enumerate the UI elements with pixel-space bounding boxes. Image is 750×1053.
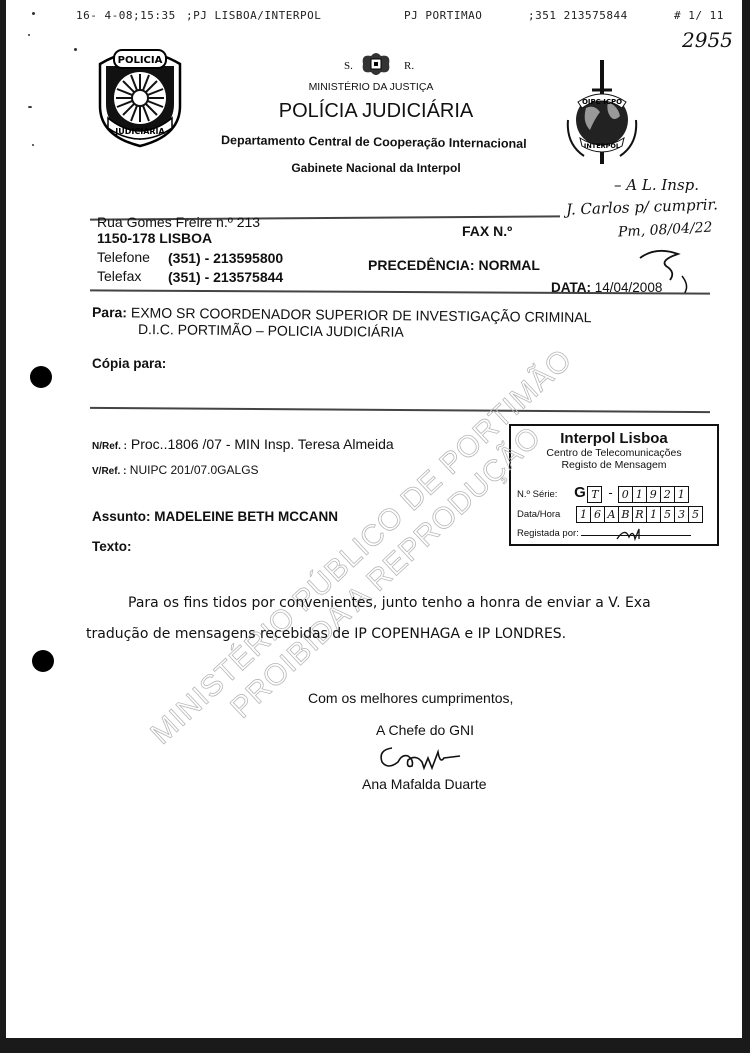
subject-field: Assunto: MADELEINE BETH MCCANN bbox=[92, 509, 338, 524]
stamp-cell: 0 bbox=[618, 486, 633, 503]
our-ref-label: N/Ref. : bbox=[92, 441, 127, 452]
divider bbox=[90, 407, 710, 413]
speckle bbox=[28, 106, 32, 108]
your-reference: V/Ref. : NUIPC 201/07.0GALGS bbox=[92, 463, 259, 477]
svg-text:OIPC ICPO: OIPC ICPO bbox=[582, 98, 622, 106]
handwritten-note-date: Pm, 08/04/22 bbox=[618, 220, 713, 241]
fax-sender: ;PJ LISBOA/INTERPOL bbox=[186, 9, 321, 22]
speckle bbox=[74, 48, 77, 51]
fax-label: Telefax bbox=[97, 268, 141, 284]
speckle bbox=[28, 34, 30, 36]
office-name: Gabinete Nacional da Interpol bbox=[276, 161, 476, 175]
stamp-cell: 2 bbox=[660, 486, 675, 503]
stamp-cell: 1 bbox=[632, 486, 647, 503]
your-ref-value: NUIPC 201/07.0GALGS bbox=[130, 463, 259, 477]
address-line2: 1150-178 LISBOA bbox=[97, 230, 212, 246]
handwritten-note-line1: – A L. Insp. bbox=[614, 176, 699, 194]
fax-no-label: FAX N.º bbox=[462, 223, 512, 239]
datetime-label: Data/Hora bbox=[517, 509, 560, 520]
subject-label: Assunto: bbox=[92, 509, 151, 524]
crest-initial-right: R. bbox=[404, 60, 414, 72]
stamp-serial-row: N.º Série: G T-01921 bbox=[517, 484, 689, 503]
stamp-datetime-row: Data/Hora 16ABR1535 bbox=[517, 506, 703, 523]
fax-number: ;351 213575844 bbox=[528, 9, 628, 22]
serial-label: N.º Série: bbox=[517, 489, 557, 500]
policia-judiciaria-logo: POLICIA JUDICIÁRIA bbox=[92, 44, 188, 153]
address-line1: Rua Gomes Freire n.º 213 bbox=[97, 214, 260, 230]
stamp-cell: 1 bbox=[674, 486, 689, 503]
subject-value: MADELEINE BETH MCCANN bbox=[154, 509, 338, 524]
closing-salutation: Com os melhores cumprimentos, bbox=[308, 690, 513, 706]
serial-separator: - bbox=[608, 485, 612, 500]
stamp-cell: R bbox=[632, 506, 647, 523]
stamp-cell: T bbox=[587, 486, 602, 503]
fax-datetime: 16- 4-08;15:35 bbox=[76, 9, 176, 22]
speckle bbox=[32, 144, 34, 146]
handwritten-note-line2: J. Carlos p/ cumprir. bbox=[566, 195, 718, 218]
svg-text:JUDICIÁRIA: JUDICIÁRIA bbox=[114, 125, 165, 136]
copy-label: Cópia para: bbox=[92, 356, 166, 371]
speckle bbox=[32, 12, 35, 15]
stamp-cell: 5 bbox=[688, 506, 703, 523]
stamp-cell: 1 bbox=[576, 506, 591, 523]
portuguese-coat-of-arms-icon bbox=[359, 50, 393, 83]
fax-page-counter: # 1/ 11 bbox=[674, 9, 724, 22]
stamp-cell: 9 bbox=[646, 486, 661, 503]
stamp-line2: Registo de Mensagem bbox=[511, 459, 717, 471]
fax-page: 16- 4-08;15:35 ;PJ LISBOA/INTERPOL PJ PO… bbox=[6, 0, 742, 1038]
signatory-name: Ana Mafalda Duarte bbox=[362, 776, 487, 792]
svg-text:POLICIA: POLICIA bbox=[118, 55, 163, 66]
datetime-cells: 16ABR1535 bbox=[577, 509, 703, 520]
fax-value: (351) - 213575844 bbox=[168, 269, 283, 285]
fax-recipient: PJ PORTIMAO bbox=[404, 9, 482, 22]
signatory-title: A Chefe do GNI bbox=[376, 722, 474, 738]
serial-prefix: G bbox=[574, 484, 586, 501]
phone-label: Telefone bbox=[97, 249, 150, 265]
stamp-cell: B bbox=[618, 506, 633, 523]
registered-signature-line bbox=[581, 535, 691, 536]
handwritten-page-number: 2955 bbox=[682, 28, 733, 52]
punch-hole bbox=[30, 366, 52, 388]
interpol-logo: OIPC ICPO INTERPOL bbox=[564, 60, 640, 171]
department-name: Departamento Central de Cooperação Inter… bbox=[221, 133, 527, 151]
our-reference: N/Ref. : Proc..1806 /07 - MIN Insp. Tere… bbox=[92, 436, 394, 452]
stamp-cell: 3 bbox=[674, 506, 689, 523]
registered-label: Registada por: bbox=[517, 528, 579, 539]
stamp-registered-row: Registada por: bbox=[517, 528, 691, 539]
your-ref-label: V/Ref. : bbox=[92, 466, 126, 477]
svg-text:INTERPOL: INTERPOL bbox=[584, 142, 620, 150]
ministry-name: MINISTÉRIO DA JUSTIÇA bbox=[306, 81, 436, 93]
stamp-cell: A bbox=[604, 506, 619, 523]
body-paragraph-line1: Para os fins tidos por convenientes, jun… bbox=[128, 595, 651, 611]
phone-value: (351) - 213595800 bbox=[168, 250, 283, 266]
body-paragraph-line2: tradução de mensagens recebidas de IP CO… bbox=[86, 626, 566, 642]
stamp-cell: 1 bbox=[646, 506, 661, 523]
stamp-cell: 5 bbox=[660, 506, 675, 523]
registrar-initials-icon bbox=[615, 527, 645, 541]
agency-name: POLÍCIA JUDICIÁRIA bbox=[276, 100, 476, 123]
to-line2: D.I.C. PORTIMÃO – POLICIA JUDICIÁRIA bbox=[138, 321, 404, 340]
stamp-cell: 6 bbox=[590, 506, 605, 523]
text-label: Texto: bbox=[92, 539, 132, 554]
watermark-line2: PROIBIDA A REPRODUÇÃO bbox=[224, 420, 548, 725]
signature-icon bbox=[378, 742, 462, 777]
our-ref-value: Proc..1806 /07 - MIN Insp. Teresa Almeid… bbox=[131, 436, 394, 452]
punch-hole bbox=[32, 650, 54, 672]
crest-initial-left: S. bbox=[344, 60, 353, 72]
to-label: Para: bbox=[92, 304, 127, 320]
precedence: PRECEDÊNCIA: NORMAL bbox=[368, 257, 540, 273]
serial-cells: T-01921 bbox=[588, 489, 688, 500]
